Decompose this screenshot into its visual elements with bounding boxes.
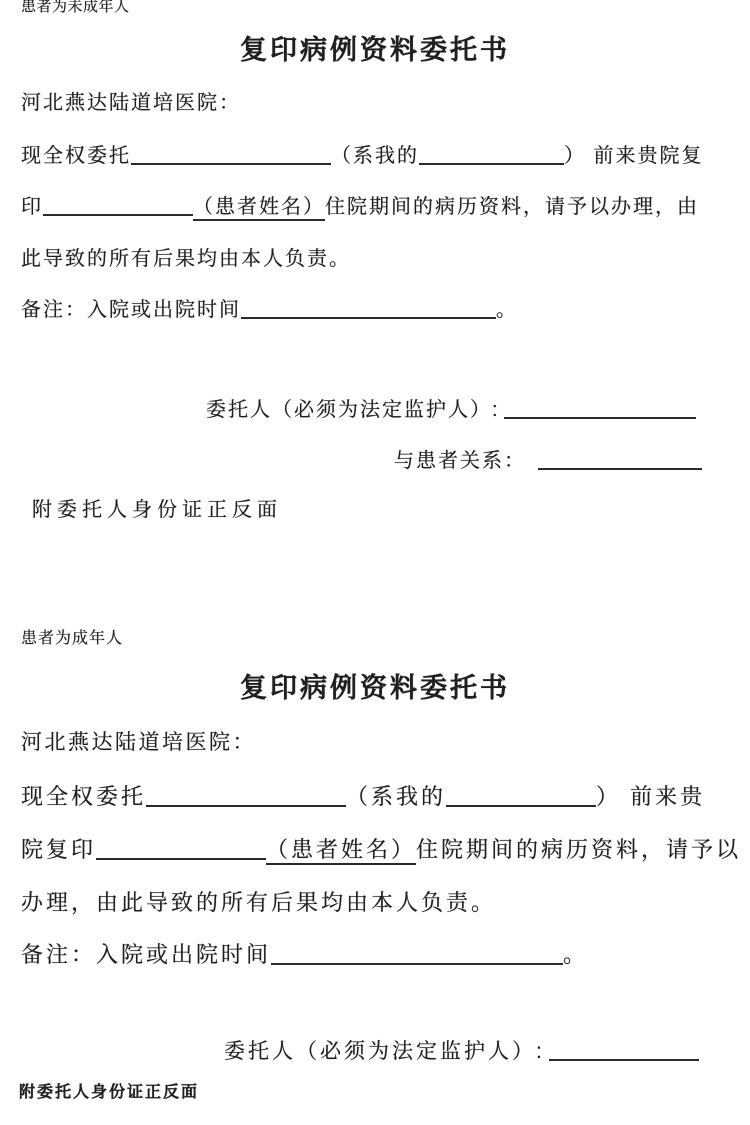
text-delegate-prefix: 现全权委托 [21, 145, 131, 167]
text-records-request: 住院期间的病历资料，请予以办理，由 [325, 196, 699, 218]
delegation-sentence-line2-adult: 院复印（患者姓名）住院期间的病历资料，请予以 [21, 836, 741, 865]
text-signer-label: 委托人（必须为法定监护人）: [224, 1040, 545, 1063]
blank-signer-name [504, 400, 696, 419]
blank-relation-to-me [419, 146, 564, 165]
signature-line-minor: 委托人（必须为法定监护人）: [206, 397, 696, 423]
text-remark-prefix: 备注：入院或出院时间 [21, 299, 241, 321]
blank-relation-to-me [446, 786, 596, 807]
form-title-minor: 复印病例资料委托书 [0, 33, 750, 68]
text-come-to-hospital: ） 前来贵院复 [564, 145, 704, 167]
remark-line-minor: 备注：入院或出院时间。 [21, 297, 518, 323]
text-delegate-prefix: 现全权委托 [21, 784, 146, 809]
document-page: 患者为未成年人 复印病例资料委托书 河北燕达陆道培医院： 现全权委托（系我的） … [0, 0, 750, 1125]
blank-patient-name [96, 839, 266, 860]
hospital-salutation-adult: 河北燕达陆道培医院： [21, 729, 256, 756]
text-come-to-hospital: ） 前来贵 [596, 784, 705, 809]
blank-delegate-name [146, 786, 346, 807]
text-copy-prefix: 院复印 [21, 837, 96, 862]
text-records-request: 住院期间的病历资料，请予以 [416, 837, 741, 862]
attachment-note-adult: 附委托人身份证正反面 [19, 1083, 199, 1104]
blank-signer-name [549, 1041, 699, 1061]
form-title-adult: 复印病例资料委托书 [0, 671, 750, 706]
blank-admission-discharge-date [241, 300, 496, 319]
text-remark-prefix: 备注：入院或出院时间 [21, 942, 271, 967]
blank-admission-discharge-date [271, 944, 563, 965]
delegation-sentence-line2-minor: 印（患者姓名）住院期间的病历资料，请予以办理，由 [21, 194, 699, 220]
attachment-note-minor: 附委托人身份证正反面 [32, 497, 282, 523]
delegation-sentence-line3-minor: 此导致的所有后果均由本人负责。 [21, 246, 351, 272]
relation-line-minor: 与患者关系： [394, 448, 702, 474]
blank-delegate-name [131, 146, 331, 165]
patient-adult-note: 患者为成年人 [21, 629, 123, 650]
text-signer-label: 委托人（必须为法定监护人）: [206, 399, 500, 421]
delegation-sentence-line1-adult: 现全权委托（系我的） 前来贵 [21, 783, 705, 812]
remark-line-adult: 备注：入院或出院时间。 [21, 941, 588, 970]
signature-line-adult: 委托人（必须为法定监护人）: [224, 1038, 699, 1065]
blank-relation-value [538, 451, 702, 470]
text-remark-period: 。 [563, 942, 588, 967]
text-patient-name-hint: （患者姓名） [193, 196, 325, 221]
patient-minor-note: 患者为未成年人 [21, 0, 130, 17]
text-relation-label: 与患者关系： [394, 450, 526, 472]
text-patient-name-hint: （患者姓名） [266, 837, 416, 865]
delegation-sentence-line1-minor: 现全权委托（系我的） 前来贵院复 [21, 143, 704, 169]
text-relation-prefix: （系我的 [331, 145, 419, 167]
text-remark-period: 。 [496, 299, 518, 321]
hospital-salutation-minor: 河北燕达陆道培医院： [21, 90, 241, 116]
text-copy-prefix: 印 [21, 196, 43, 218]
text-relation-prefix: （系我的 [346, 784, 446, 809]
blank-patient-name [43, 197, 193, 216]
delegation-sentence-line3-adult: 办理，由此导致的所有后果均由本人负责。 [21, 889, 496, 918]
